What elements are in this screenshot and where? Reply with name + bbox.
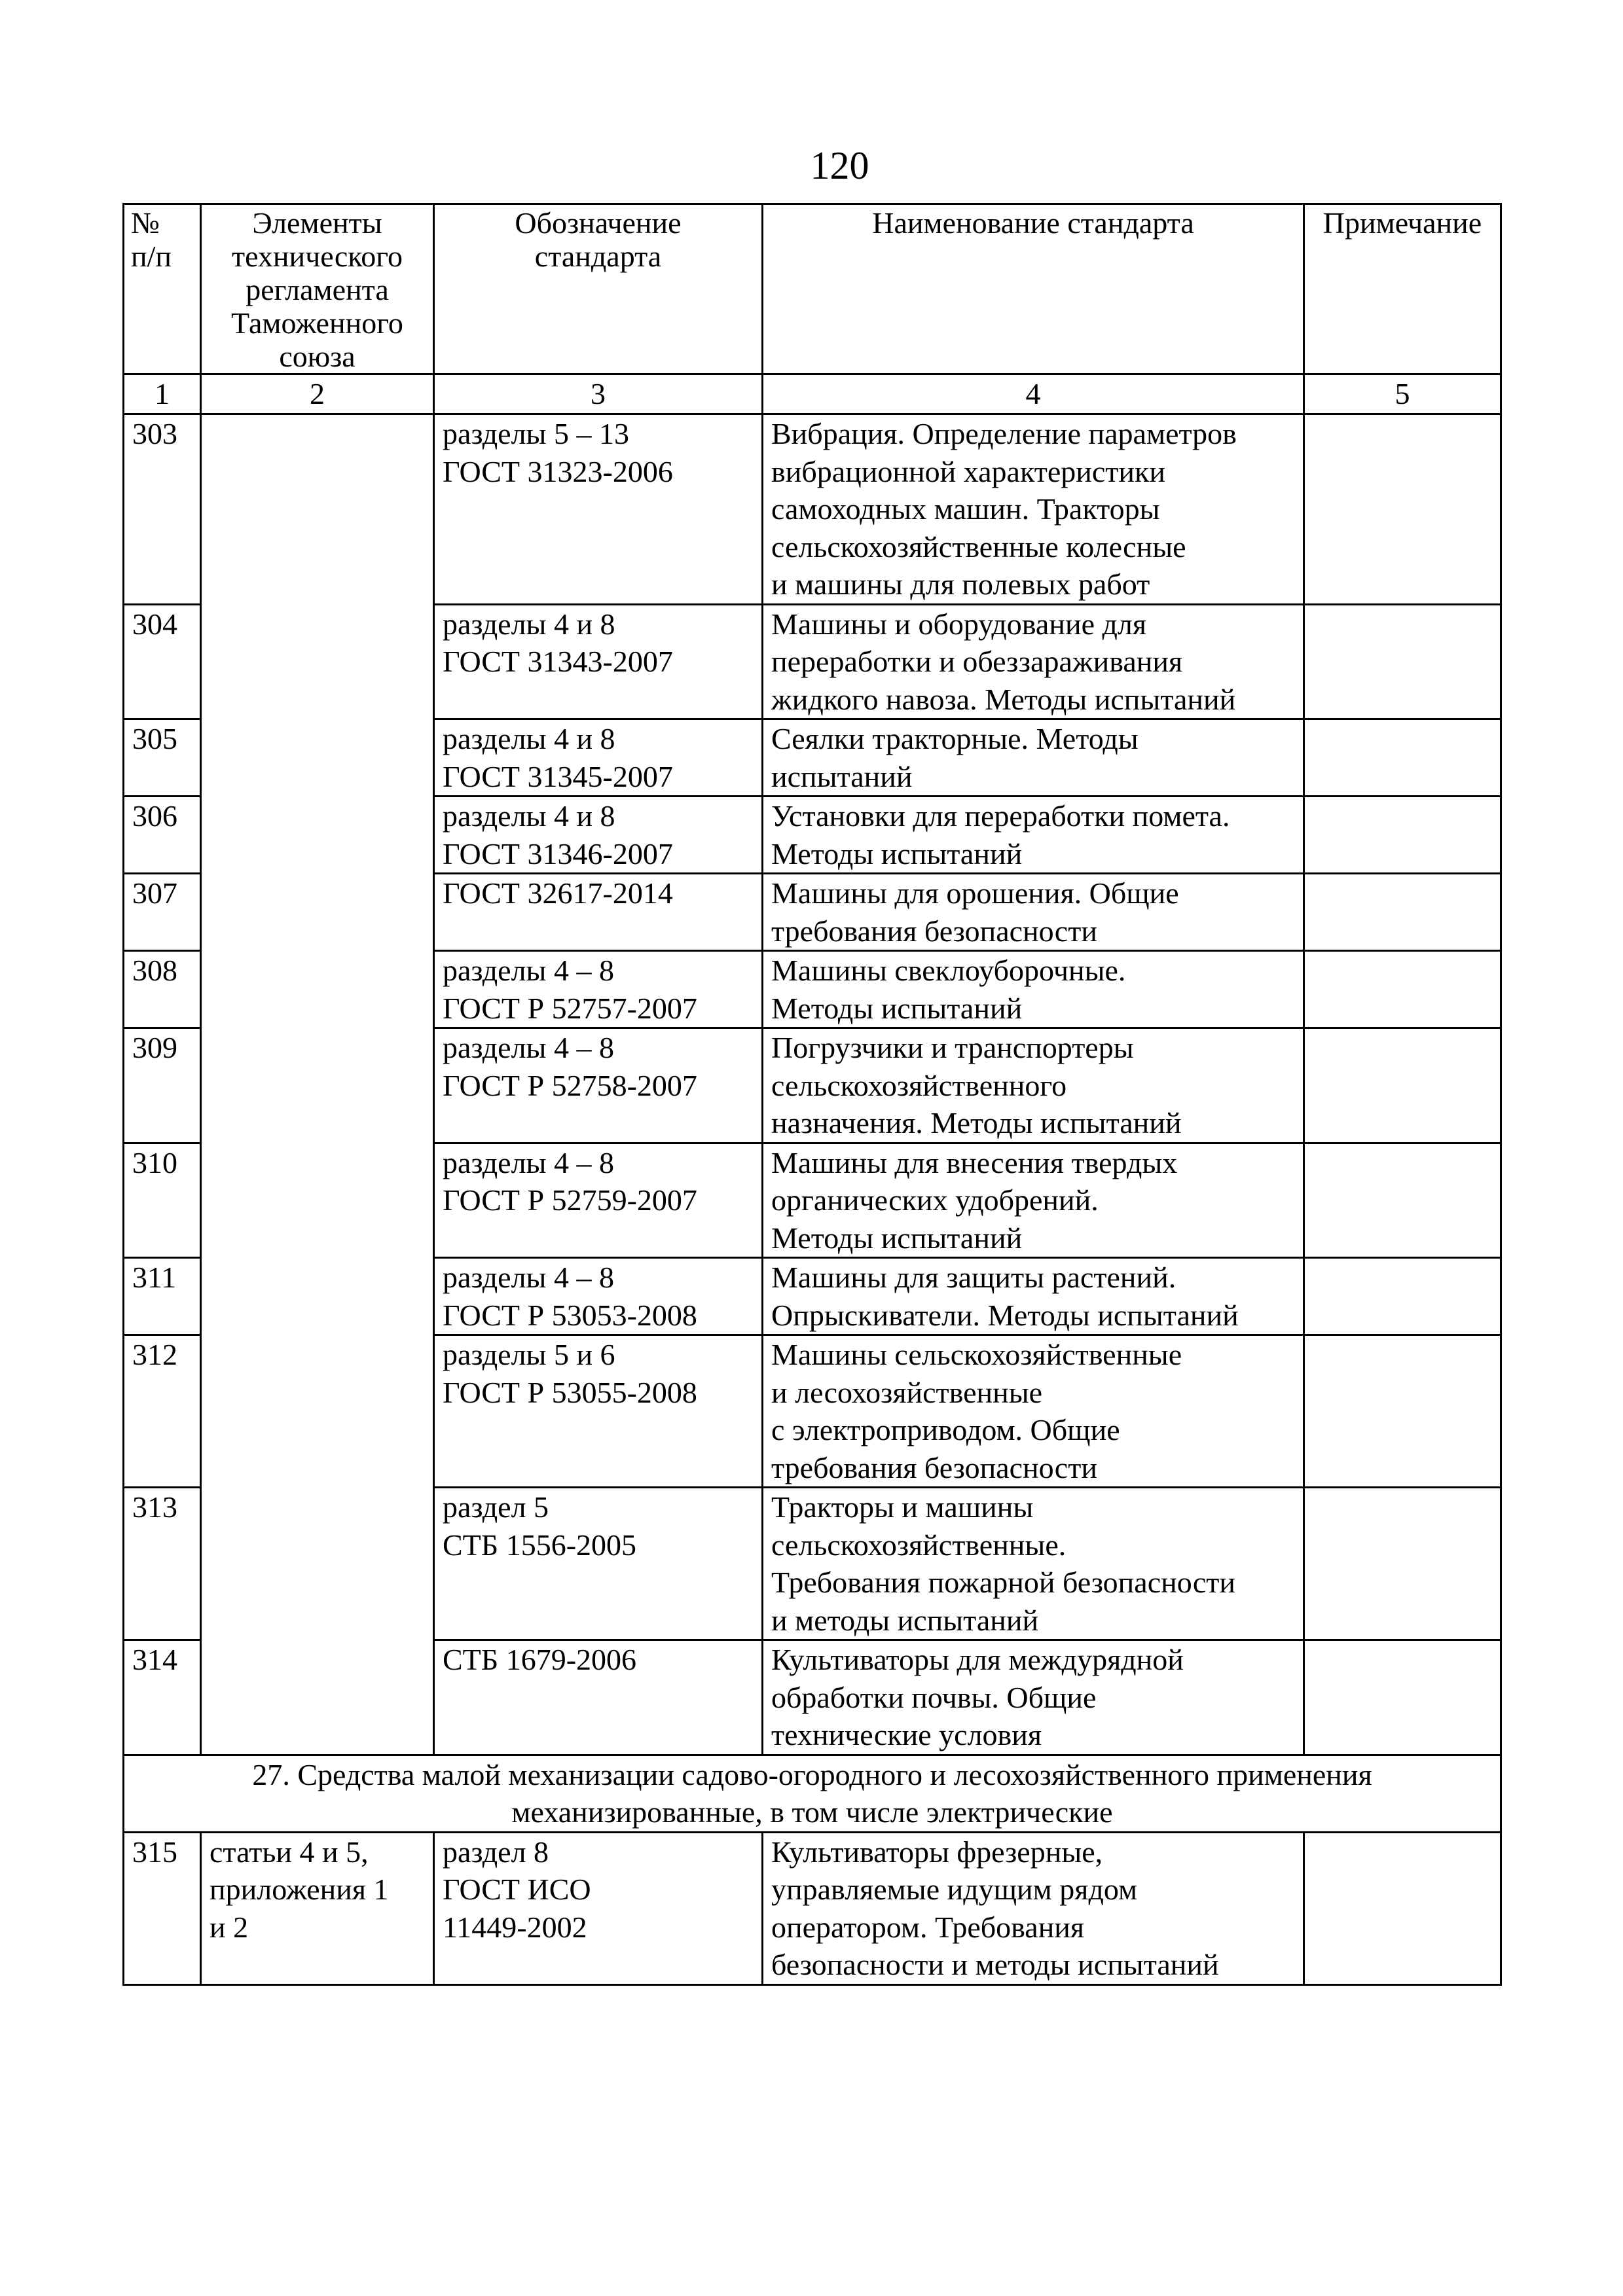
standard-name: Установки для переработки помета.Методы … (763, 797, 1304, 874)
standards-table: №п/п ЭлементытехническогорегламентаТамож… (122, 203, 1502, 1986)
text-line: разделы 4 и 8 (443, 720, 754, 758)
text-line: п/п (131, 240, 192, 273)
text-line: ГОСТ Р 53055-2008 (443, 1374, 754, 1412)
text-line: ГОСТ Р 53053-2008 (443, 1297, 754, 1335)
text-line: раздел 5 (443, 1488, 754, 1526)
row-number: 309 (124, 1028, 201, 1143)
row-number: 306 (124, 797, 201, 874)
standard-designation: разделы 4 и 8ГОСТ 31343-2007 (434, 604, 763, 719)
row-number: 304 (124, 604, 201, 719)
standard-designation: раздел 8ГОСТ ИСО11449-2002 (434, 1832, 763, 1984)
text-line: и методы испытаний (771, 1602, 1295, 1640)
row-number: 312 (124, 1335, 201, 1488)
text-line: Таможенного (210, 306, 425, 340)
header-num: №п/п (124, 204, 201, 374)
text-line: Примечание (1313, 206, 1492, 240)
text-line: ГОСТ ИСО (443, 1871, 754, 1909)
standard-designation: разделы 4 и 8ГОСТ 31346-2007 (434, 797, 763, 874)
text-line: Методы испытаний (771, 990, 1295, 1028)
elements-cell (201, 414, 434, 1755)
column-number-row: 1 2 3 4 5 (124, 374, 1501, 414)
text-line: Установки для переработки помета. (771, 797, 1295, 835)
standard-name: Машины и оборудование дляпереработки и о… (763, 604, 1304, 719)
text-line: СТБ 1679-2006 (443, 1641, 754, 1679)
row-number: 303 (124, 414, 201, 605)
note-cell (1304, 1028, 1501, 1143)
text-line: разделы 4 – 8 (443, 1144, 754, 1182)
standard-name: Машины для защиты растений.Опрыскиватели… (763, 1258, 1304, 1335)
text-line: ГОСТ 31323-2006 (443, 453, 754, 491)
standard-designation: СТБ 1679-2006 (434, 1640, 763, 1755)
row-number: 305 (124, 719, 201, 797)
text-line: Погрузчики и транспортеры (771, 1029, 1295, 1067)
text-line: органических удобрений. (771, 1181, 1295, 1219)
text-line: технического (210, 240, 425, 273)
page-number: 120 (0, 143, 1623, 188)
standard-designation: раздел 5СТБ 1556-2005 (434, 1488, 763, 1640)
text-line: ГОСТ 31343-2007 (443, 643, 754, 681)
text-line: и лесохозяйственные (771, 1374, 1295, 1412)
standard-name: Тракторы и машинысельскохозяйственные.Тр… (763, 1488, 1304, 1640)
standard-name: Сеялки тракторные. Методыиспытаний (763, 719, 1304, 797)
table-row: 303разделы 5 – 13ГОСТ 31323-2006Вибрация… (124, 414, 1501, 605)
text-line: самоходных машин. Тракторы (771, 490, 1295, 528)
text-line: Тракторы и машины (771, 1488, 1295, 1526)
column-number: 3 (434, 374, 763, 414)
header-note: Примечание (1304, 204, 1501, 374)
text-line: разделы 4 – 8 (443, 1259, 754, 1297)
text-line: разделы 4 и 8 (443, 797, 754, 835)
standard-designation: разделы 4 – 8ГОСТ Р 52758-2007 (434, 1028, 763, 1143)
standard-name: Вибрация. Определение параметроввибрацио… (763, 414, 1304, 605)
text-line: Методы испытаний (771, 835, 1295, 873)
text-line: назначения. Методы испытаний (771, 1104, 1295, 1142)
text-line: и машины для полевых работ (771, 565, 1295, 603)
text-line: с электроприводом. Общие (771, 1411, 1295, 1449)
note-cell (1304, 951, 1501, 1028)
standard-designation: ГОСТ 32617-2014 (434, 874, 763, 951)
standard-name: Погрузчики и транспортерысельскохозяйств… (763, 1028, 1304, 1143)
text-line: разделы 4 – 8 (443, 1029, 754, 1067)
column-number: 2 (201, 374, 434, 414)
standard-name: Культиваторы фрезерные,управляемые идущи… (763, 1832, 1304, 1984)
text-line: приложения 1 (210, 1871, 425, 1909)
text-line: Машины для защиты растений. (771, 1259, 1295, 1297)
column-number: 5 (1304, 374, 1501, 414)
text-line: Культиваторы для междурядной (771, 1641, 1295, 1679)
note-cell (1304, 1488, 1501, 1640)
text-line: регламента (210, 273, 425, 306)
text-line: Машины для внесения твердых (771, 1144, 1295, 1182)
note-cell (1304, 1335, 1501, 1488)
text-line: переработки и обеззараживания (771, 643, 1295, 681)
text-line: сельскохозяйственные колесные (771, 528, 1295, 566)
text-line: Культиваторы фрезерные, (771, 1833, 1295, 1871)
text-line: безопасности и методы испытаний (771, 1946, 1295, 1984)
text-line: ГОСТ 32617-2014 (443, 874, 754, 912)
header-elements: ЭлементытехническогорегламентаТаможенног… (201, 204, 434, 374)
standard-name: Машины сельскохозяйственныеи лесохозяйст… (763, 1335, 1304, 1488)
text-line: ГОСТ 31346-2007 (443, 835, 754, 873)
text-line: Наименование стандарта (771, 206, 1295, 240)
text-line: Сеялки тракторные. Методы (771, 720, 1295, 758)
text-line: разделы 5 и 6 (443, 1336, 754, 1374)
text-line: статьи 4 и 5, (210, 1833, 425, 1871)
note-cell (1304, 719, 1501, 797)
standard-designation: разделы 4 – 8ГОСТ Р 52759-2007 (434, 1143, 763, 1258)
note-cell (1304, 1832, 1501, 1984)
standard-name: Культиваторы для междуряднойобработки по… (763, 1640, 1304, 1755)
standard-name: Машины для внесения твердыхорганических … (763, 1143, 1304, 1258)
table-row: 315статьи 4 и 5,приложения 1и 2раздел 8Г… (124, 1832, 1501, 1984)
text-line: обработки почвы. Общие (771, 1679, 1295, 1717)
text-line: испытаний (771, 758, 1295, 796)
standard-designation: разделы 5 и 6ГОСТ Р 53055-2008 (434, 1335, 763, 1488)
header-name: Наименование стандарта (763, 204, 1304, 374)
text-line: технические условия (771, 1716, 1295, 1754)
text-line: Машины для орошения. Общие (771, 874, 1295, 912)
row-number: 308 (124, 951, 201, 1028)
text-line: Обозначение (443, 206, 754, 240)
row-number: 307 (124, 874, 201, 951)
text-line: механизированные, в том числе электричес… (132, 1793, 1492, 1831)
text-line: Требования пожарной безопасности (771, 1564, 1295, 1602)
column-number: 1 (124, 374, 201, 414)
text-line: Машины свеклоуборочные. (771, 952, 1295, 990)
text-line: Вибрация. Определение параметров (771, 415, 1295, 453)
table-header-row: №п/п ЭлементытехническогорегламентаТамож… (124, 204, 1501, 374)
text-line: сельскохозяйственные. (771, 1526, 1295, 1564)
note-cell (1304, 1258, 1501, 1335)
text-line: сельскохозяйственного (771, 1067, 1295, 1105)
standard-designation: разделы 4 – 8ГОСТ Р 53053-2008 (434, 1258, 763, 1335)
note-cell (1304, 797, 1501, 874)
text-line: раздел 8 (443, 1833, 754, 1871)
standard-designation: разделы 4 и 8ГОСТ 31345-2007 (434, 719, 763, 797)
text-line: оператором. Требования (771, 1909, 1295, 1946)
text-line: ГОСТ 31345-2007 (443, 758, 754, 796)
text-line: союза (210, 340, 425, 373)
text-line: разделы 4 – 8 (443, 952, 754, 990)
standard-name: Машины для орошения. Общиетребования без… (763, 874, 1304, 951)
text-line: требования безопасности (771, 1449, 1295, 1487)
row-number: 315 (124, 1832, 201, 1984)
text-line: 27. Средства малой механизации садово-ог… (132, 1756, 1492, 1794)
text-line: требования безопасности (771, 912, 1295, 950)
text-line: и 2 (210, 1909, 425, 1946)
text-line: Опрыскиватели. Методы испытаний (771, 1297, 1295, 1335)
text-line: управляемые идущим рядом (771, 1871, 1295, 1909)
standard-name: Машины свеклоуборочные.Методы испытаний (763, 951, 1304, 1028)
text-line: № (131, 206, 192, 240)
text-line: разделы 5 – 13 (443, 415, 754, 453)
note-cell (1304, 1640, 1501, 1755)
note-cell (1304, 604, 1501, 719)
standard-designation: разделы 5 – 13ГОСТ 31323-2006 (434, 414, 763, 605)
row-number: 314 (124, 1640, 201, 1755)
text-line: ГОСТ Р 52758-2007 (443, 1067, 754, 1105)
column-number: 4 (763, 374, 1304, 414)
text-line: Машины сельскохозяйственные (771, 1336, 1295, 1374)
text-line: жидкого навоза. Методы испытаний (771, 681, 1295, 719)
row-number: 310 (124, 1143, 201, 1258)
table-body: 303разделы 5 – 13ГОСТ 31323-2006Вибрация… (124, 414, 1501, 1985)
text-line: Машины и оборудование для (771, 605, 1295, 643)
note-cell (1304, 874, 1501, 951)
text-line: ГОСТ Р 52757-2007 (443, 990, 754, 1028)
text-line: СТБ 1556-2005 (443, 1526, 754, 1564)
section-title: 27. Средства малой механизации садово-ог… (124, 1755, 1501, 1832)
header-designation: Обозначениестандарта (434, 204, 763, 374)
text-line: Элементы (210, 206, 425, 240)
note-cell (1304, 1143, 1501, 1258)
standard-designation: разделы 4 – 8ГОСТ Р 52757-2007 (434, 951, 763, 1028)
section-row: 27. Средства малой механизации садово-ог… (124, 1755, 1501, 1832)
row-number: 313 (124, 1488, 201, 1640)
text-line: 11449-2002 (443, 1909, 754, 1946)
text-line: разделы 4 и 8 (443, 605, 754, 643)
text-line: Методы испытаний (771, 1219, 1295, 1257)
note-cell (1304, 414, 1501, 605)
row-number: 311 (124, 1258, 201, 1335)
text-line: вибрационной характеристики (771, 453, 1295, 491)
elements-cell: статьи 4 и 5,приложения 1и 2 (201, 1832, 434, 1984)
text-line: стандарта (443, 240, 754, 273)
text-line: ГОСТ Р 52759-2007 (443, 1181, 754, 1219)
